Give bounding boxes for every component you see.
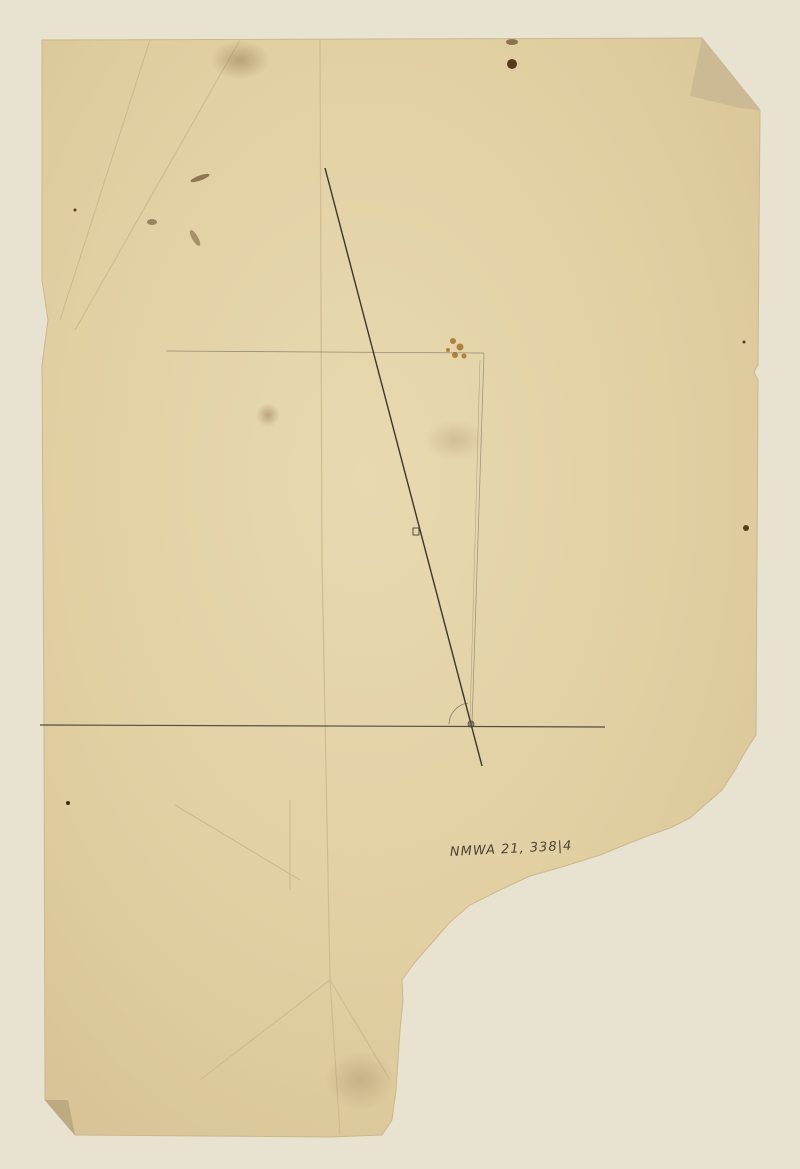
scan-background: NMWA 21, 338|4 <box>0 0 800 1169</box>
paper-sheet <box>0 0 800 1169</box>
intersection-point <box>468 721 474 727</box>
paper-body <box>42 38 760 1137</box>
